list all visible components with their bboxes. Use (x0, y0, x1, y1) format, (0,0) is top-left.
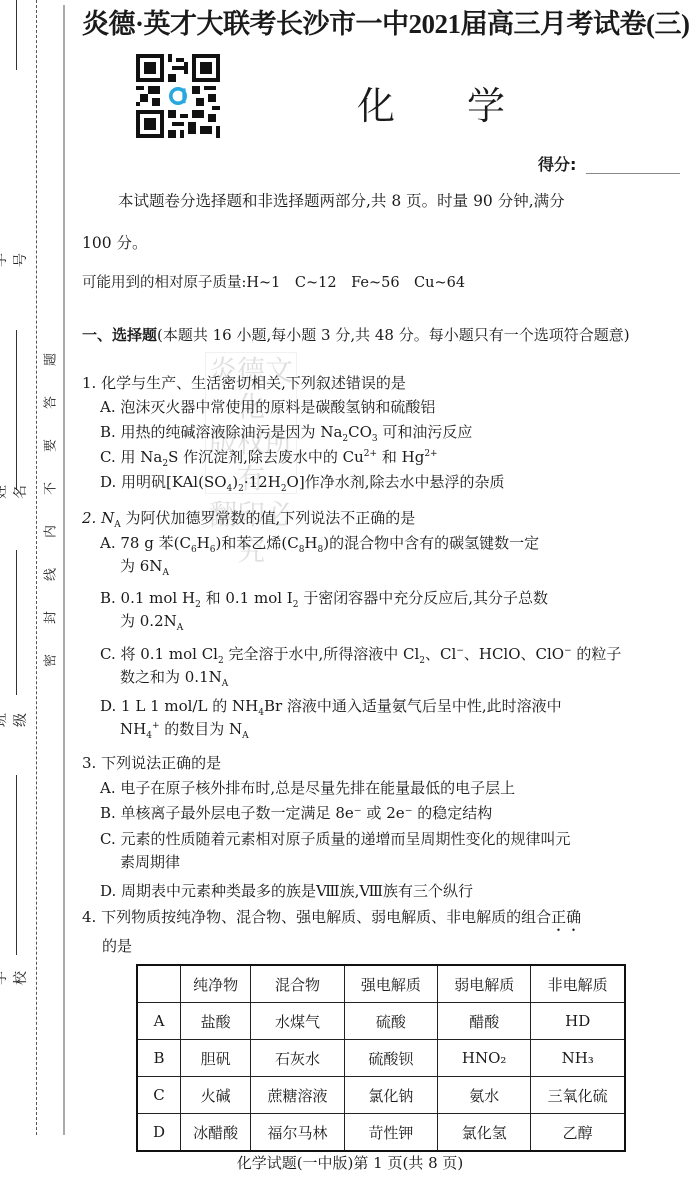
field-class: 班级 (4, 700, 18, 740)
exam-title: 炎德·英才大联考长沙市一中2021届高三月考试卷(三) (82, 2, 690, 41)
q3-option-c: C. 元素的性质随着元素相对原子质量的递增而呈周期性变化的规律叫元 素周期律 (100, 828, 686, 874)
q1-option-b: B. 用热的纯碱溶液除油污是因为 Na2CO3 可和油污反应 (100, 421, 686, 444)
section-heading: 一、选择题(本题共 16 小题,每小题 3 分,共 48 分。每小题只有一个选项… (82, 323, 684, 347)
field-line (16, 775, 17, 955)
question-1-stem: 1. 化学与生产、生活密切相关,下列叙述错误的是 (82, 372, 686, 395)
q1-option-c: C. 用 Na2S 作沉淀剂,除去废水中的 Cu2+ 和 Hg2+ (100, 446, 686, 469)
question-4-stem: 4. 下列物质按纯净物、混合物、强电解质、弱电解质、非电解质的组合正确 的是 (82, 906, 686, 958)
table-row: C火碱蔗糖溶液氯化钠氨水三氧化硫 (137, 1077, 625, 1114)
q2-option-a: A. 78 g 苯(C6H6)和苯乙烯(C8H8)的混合物中含有的碳氢键数一定 … (100, 532, 686, 578)
subject-title: 化学 (357, 75, 577, 130)
field-school: 学校 (4, 958, 18, 998)
table-row: A盐酸水煤气硫酸醋酸HD (137, 1003, 625, 1040)
atomic-masses: 可能用到的相对原子质量:H~1 C~12 Fe~56 Cu~64 (82, 272, 684, 295)
q2-option-d: D. 1 L 1 mol/L 的 NH4Br 溶液中通入适量氨气后呈中性,此时溶… (100, 695, 686, 741)
intro-text: 本试题卷分选择题和非选择题两部分,共 8 页。时量 90 分钟,满分 (82, 190, 684, 213)
table-row: D冰醋酸福尔马林苛性钾氯化氢乙醇 (137, 1114, 625, 1152)
field-line (16, 0, 17, 70)
field-line (16, 330, 17, 490)
question-2-stem: 2. NA 为阿伏加德罗常数的值,下列说法不正确的是 (82, 507, 686, 530)
table-row: B胆矾石灰水硫酸钡HNO₂NH₃ (137, 1040, 625, 1077)
field-line (16, 550, 17, 695)
q2-option-c: C. 将 0.1 mol Cl2 完全溶于水中,所得溶液中 Cl2、Cl−、HC… (100, 643, 686, 689)
q3-option-b: B. 单核离子最外层电子数一定满足 8e⁻ 或 2e⁻ 的稳定结构 (100, 802, 686, 825)
score-label: 得分: (538, 152, 576, 175)
seal-warning: 题 答 要 不 内 线 封 密 (44, 338, 58, 682)
q1-option-a: A. 泡沫灭火器中常使用的原料是碳酸氢钠和硫酸铝 (100, 396, 686, 419)
classification-table: 纯净物 混合物 强电解质 弱电解质 非电解质 A盐酸水煤气硫酸醋酸HD B胆矾石… (136, 964, 626, 1152)
field-name: 姓名 (4, 472, 18, 512)
q2-option-b: B. 0.1 mol H2 和 0.1 mol I2 于密闭容器中充分反应后,其… (100, 587, 686, 633)
page-footer: 化学试题(一中版)第 1 页(共 8 页) (0, 1152, 700, 1173)
q3-option-d: D. 周期表中元素种类最多的族是Ⅷ族,Ⅷ族有三个纵行 (100, 880, 686, 903)
q3-option-a: A. 电子在原子核外排布时,总是尽量先排在能量最低的电子层上 (100, 777, 686, 800)
q1-option-d: D. 用明矾[KAl(SO4)2·12H2O]作净水剂,除去水中悬浮的杂质 (100, 471, 686, 494)
qr-code-icon[interactable] (136, 54, 220, 138)
intro-text-cont: 100 分。 (82, 232, 684, 255)
table-header-row: 纯净物 混合物 强电解质 弱电解质 非电解质 (137, 965, 625, 1003)
field-student-number: 学号 (4, 240, 18, 280)
score-field[interactable] (586, 173, 680, 174)
question-3-stem: 3. 下列说法正确的是 (82, 752, 686, 775)
